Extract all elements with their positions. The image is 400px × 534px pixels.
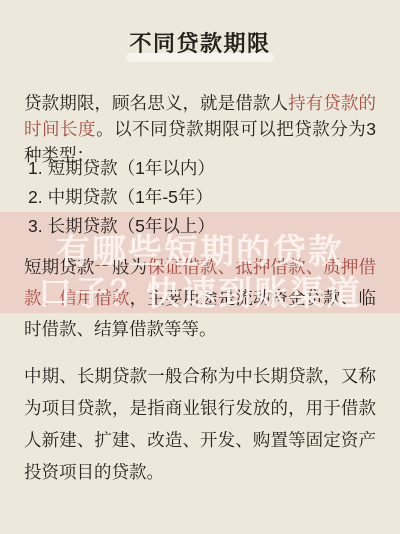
list-item-number: 1. [28, 158, 43, 178]
list-item-label: 短期贷款（1年以内） [48, 158, 215, 178]
watermark-text-line2: 口子？快速到账渠道 [0, 266, 400, 315]
intro-text: 贷款期限，顾名思义，就是借款人 [24, 93, 288, 113]
list-item: 1.短期贷款（1年以内） [28, 154, 376, 183]
list-item-number: 2. [28, 187, 43, 207]
infographic-page: 不同贷款期限 贷款期限，顾名思义，就是借款人持有贷款的时间长度。以不同贷款期限可… [0, 0, 400, 534]
page-title: 不同贷款期限 [0, 27, 400, 58]
list-item: 2.中期贷款（1年-5年） [28, 183, 376, 212]
list-item-label: 中期贷款（1年-5年） [48, 187, 213, 207]
long-term-paragraph: 中期、长期贷款一般合称为中长期贷款，又称为项目贷款，是指商业银行发放的，用于借款… [24, 360, 376, 488]
